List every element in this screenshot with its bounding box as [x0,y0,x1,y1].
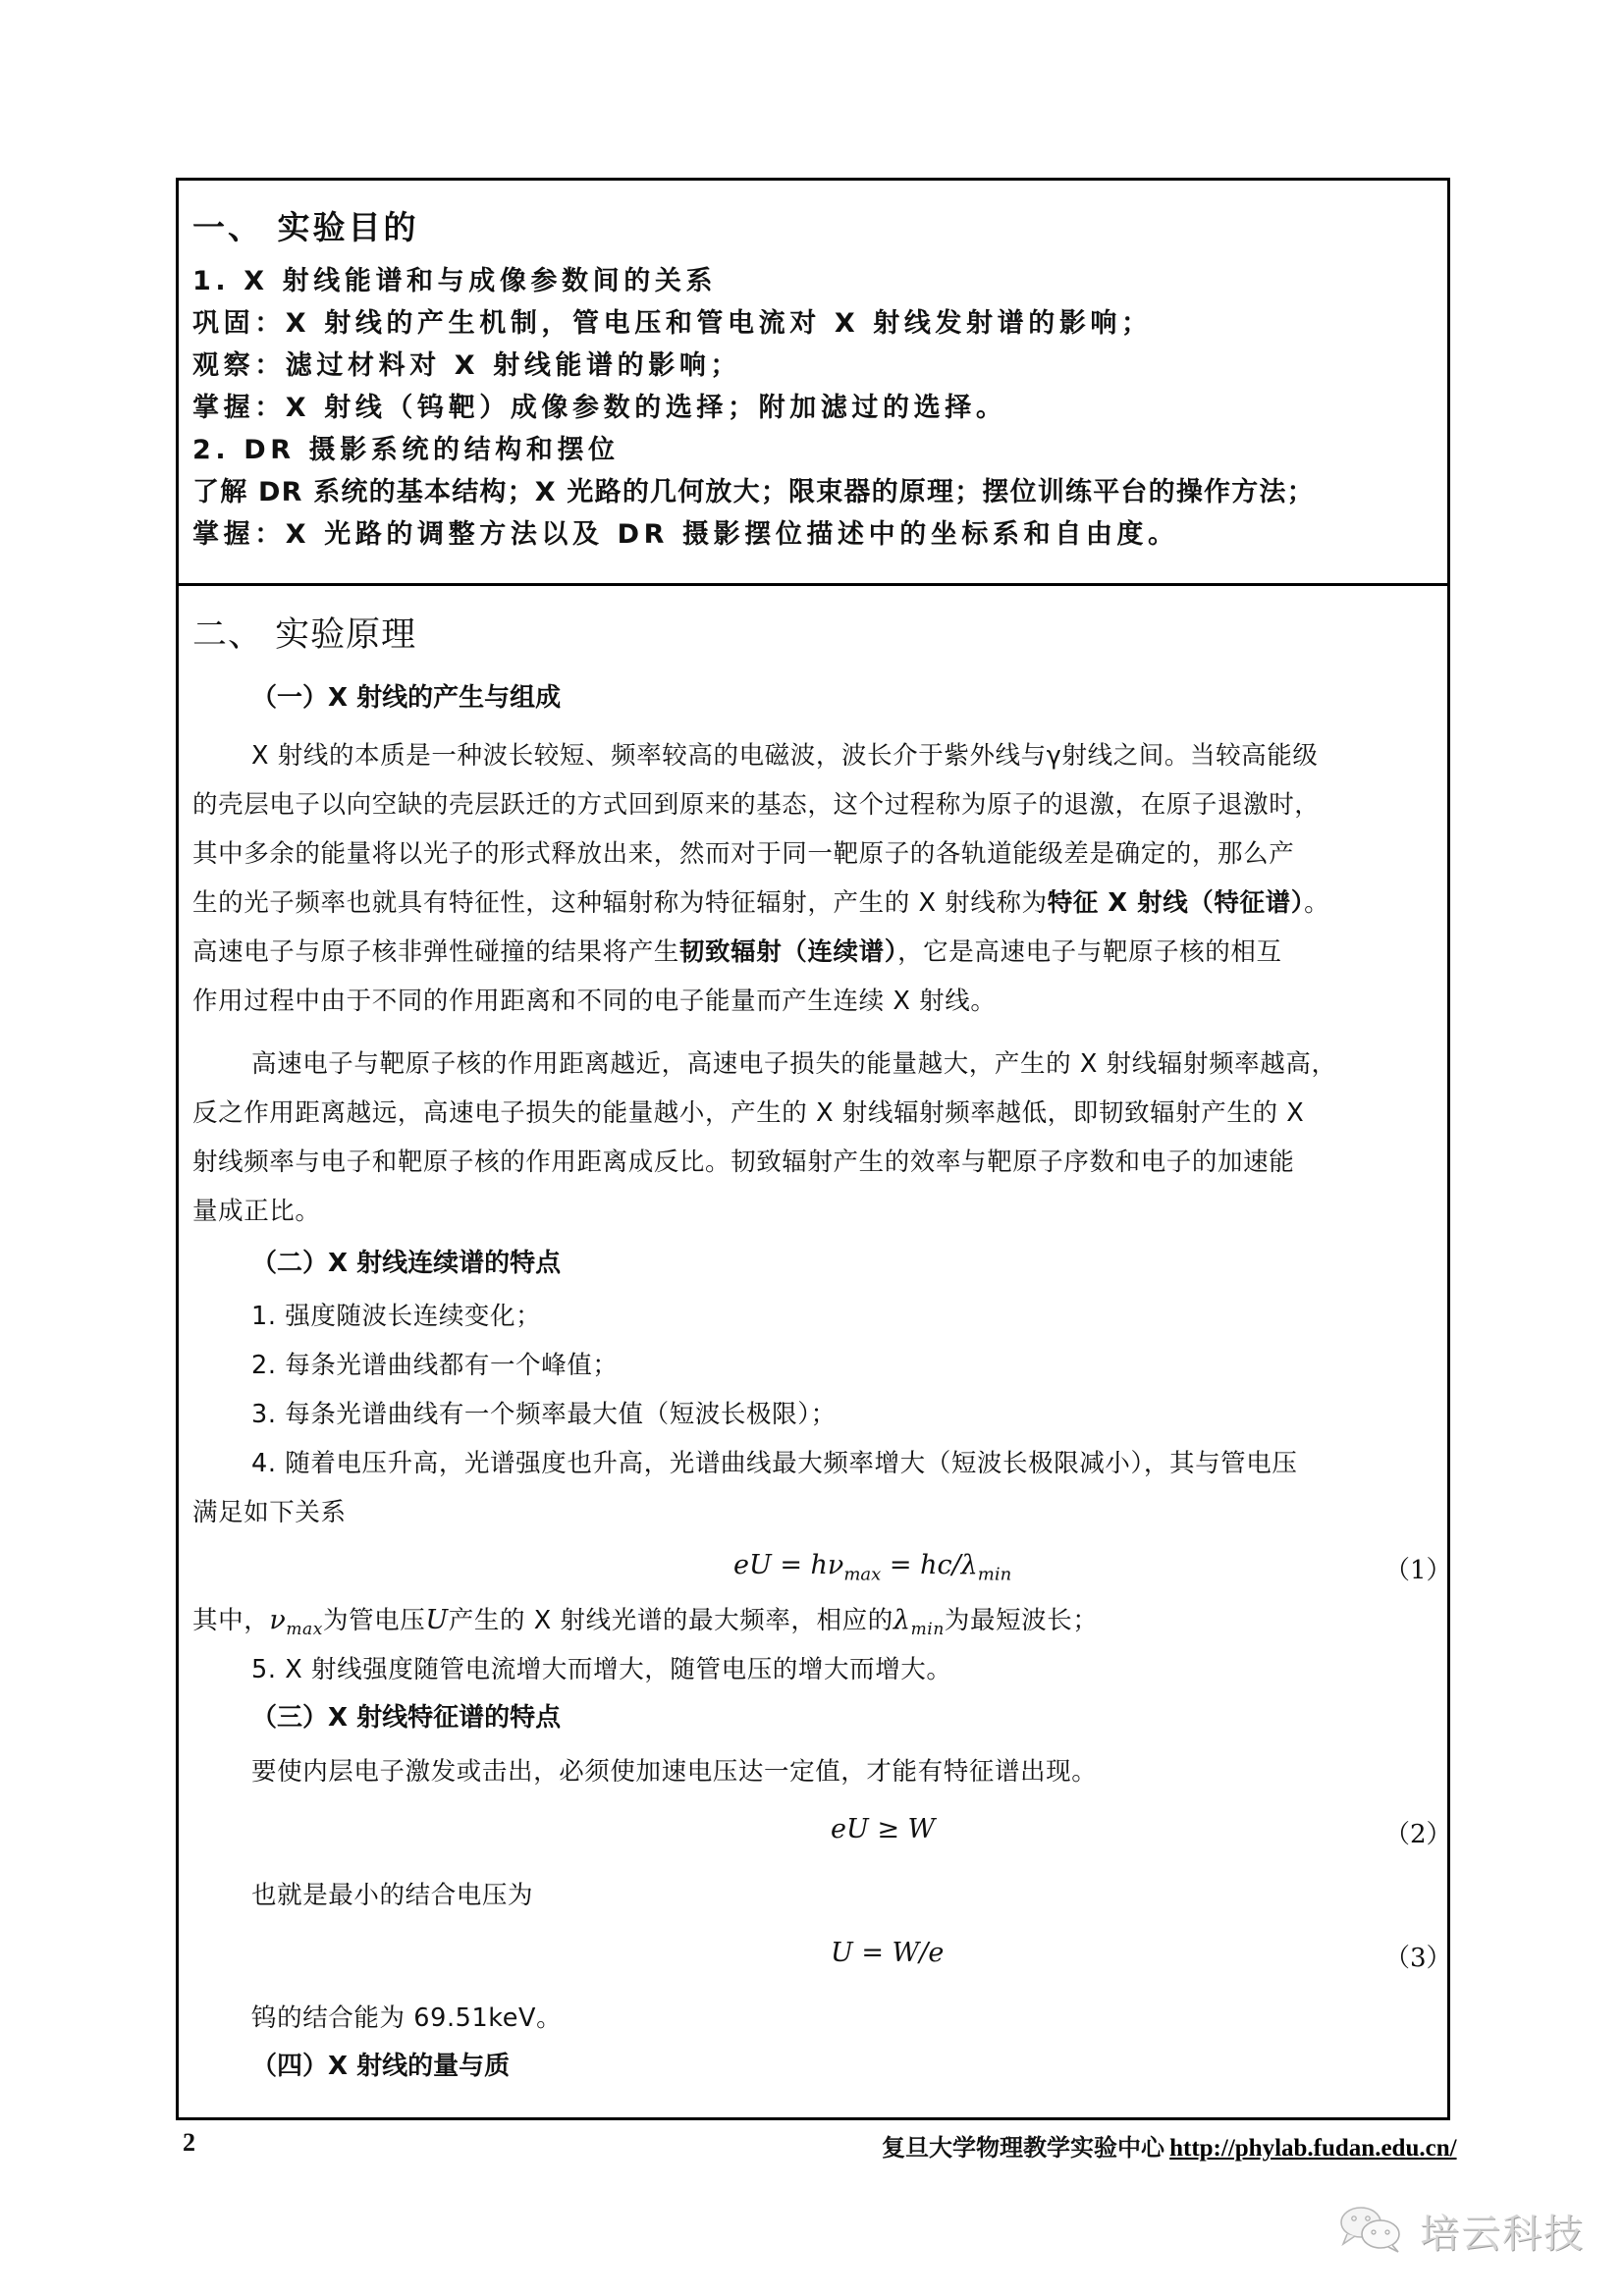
paragraph-line: 钨的结合能为 69.51keV。 [251,1999,562,2034]
subsection-heading: （二）X 射线连续谱的特点 [251,1243,561,1279]
equation-number: （2） [1384,1814,1452,1850]
paragraph-line: 高速电子与靶原子核的作用距离越近，高速电子损失的能量越大，产生的 X 射线辐射频… [251,1044,1337,1080]
bold-term: 韧致辐射（连续谱） [679,937,897,967]
paragraph-line: 射线频率与电子和靶原子核的作用距离成反比。韧致辐射产生的效率与靶原子序数和电子的… [192,1143,1294,1178]
paragraph-line: 要使内层电子激发或击出，必须使加速电压达一定值，才能有特征谱出现。 [251,1752,1097,1788]
list-item: 5. X 射线强度随管电流增大而增大，随管电压的增大而增大。 [251,1650,952,1685]
bold-term: 特征 X 射线（特征谱） [1048,888,1304,918]
section-2-title: 二、 实验原理 [192,608,416,657]
equation-1: eU = hνmax = hc/λmin [733,1550,1011,1584]
list-item: 3. 每条光谱曲线有一个频率最大值（短波长极限）； [251,1395,837,1430]
list-item: 2. 每条光谱曲线都有一个峰值； [251,1346,619,1381]
equation-2: eU ≥ W [831,1814,935,1844]
paragraph-line: 生的光子频率也就具有特征性，这种辐射称为特征辐射，产生的 X 射线称为特征 X … [192,883,1329,919]
subsection-heading: （一）X 射线的产生与组成 [251,677,561,714]
goal-line: 巩固：X 射线的产生机制，管电压和管电流对 X 射线发射谱的影响； [192,301,1153,340]
equation-number: （3） [1384,1938,1452,1974]
section-divider [179,583,1447,586]
watermark-text: 培云科技 [1420,2203,1585,2259]
list-item-continuation: 满足如下关系 [192,1493,347,1528]
goal-line: 1. X 射线能谱和与成像参数间的关系 [192,259,717,297]
paragraph-line: 高速电子与原子核非弹性碰撞的结果将产生韧致辐射（连续谱），它是高速电子与靶原子核… [192,933,1282,968]
equation-3: U = W/e [831,1938,944,1968]
wechat-icon [1337,2205,1408,2256]
goal-line: 掌握：X 射线（钨靶）成像参数的选择；附加滤过的选择。 [192,386,1006,424]
paragraph-line: 反之作用距离越远，高速电子损失的能量越小，产生的 X 射线辐射频率越低，即韧致辐… [192,1094,1304,1129]
subsection-heading: （三）X 射线特征谱的特点 [251,1697,561,1734]
goal-line: 2. DR 摄影系统的结构和摆位 [192,428,620,466]
subsection-heading: （四）X 射线的量与质 [251,2046,510,2082]
paragraph-line: 其中多余的能量将以光子的形式释放出来，然而对于同一靶原子的各轨道能级差是确定的，… [192,834,1294,870]
paragraph-line: 也就是最小的结合电压为 [251,1876,533,1911]
equation-number: （1） [1384,1550,1452,1586]
goal-line: 了解 DR 系统的基本结构；X 光路的几何放大；限束器的原理；摆位训练平台的操作… [192,470,1315,508]
goal-line: 观察：滤过材料对 X 射线能谱的影响； [192,344,741,382]
paragraph-line: X 射线的本质是一种波长较短、频率较高的电磁波，波长介于紫外线与γ射线之间。当较… [251,736,1318,772]
paragraph-line: 量成正比。 [192,1192,321,1227]
footer-url-link[interactable]: http://phylab.fudan.edu.cn/ [1169,2135,1456,2162]
content-frame: 一、 实验目的 1. X 射线能谱和与成像参数间的关系 巩固：X 射线的产生机制… [176,178,1450,2120]
goal-line: 掌握：X 光路的调整方法以及 DR 摄影摆位描述中的坐标系和自由度。 [192,512,1179,551]
footer-credit: 复旦大学物理教学实验中心 http://phylab.fudan.edu.cn/ [882,2128,1457,2163]
watermark: 培云科技 [1337,2199,1612,2258]
paragraph-line: 作用过程中由于不同的作用距离和不同的电子能量而产生连续 X 射线。 [192,982,996,1017]
paragraph-line: 其中，νmax为管电压U产生的 X 射线光谱的最大频率，相应的λmin为最短波长… [192,1601,1098,1639]
list-item: 1. 强度随波长连续变化； [251,1297,541,1332]
footer-org: 复旦大学物理教学实验中心 [882,2134,1164,2162]
page-number: 2 [183,2128,195,2158]
list-item: 4. 随着电压升高，光谱强度也升高，光谱曲线最大频率增大（短波长极限减小），其与… [251,1444,1298,1479]
section-1-title: 一、 实验目的 [192,202,419,248]
paragraph-line: 的壳层电子以向空缺的壳层跃迁的方式回到原来的基态，这个过程称为原子的退激，在原子… [192,785,1320,821]
